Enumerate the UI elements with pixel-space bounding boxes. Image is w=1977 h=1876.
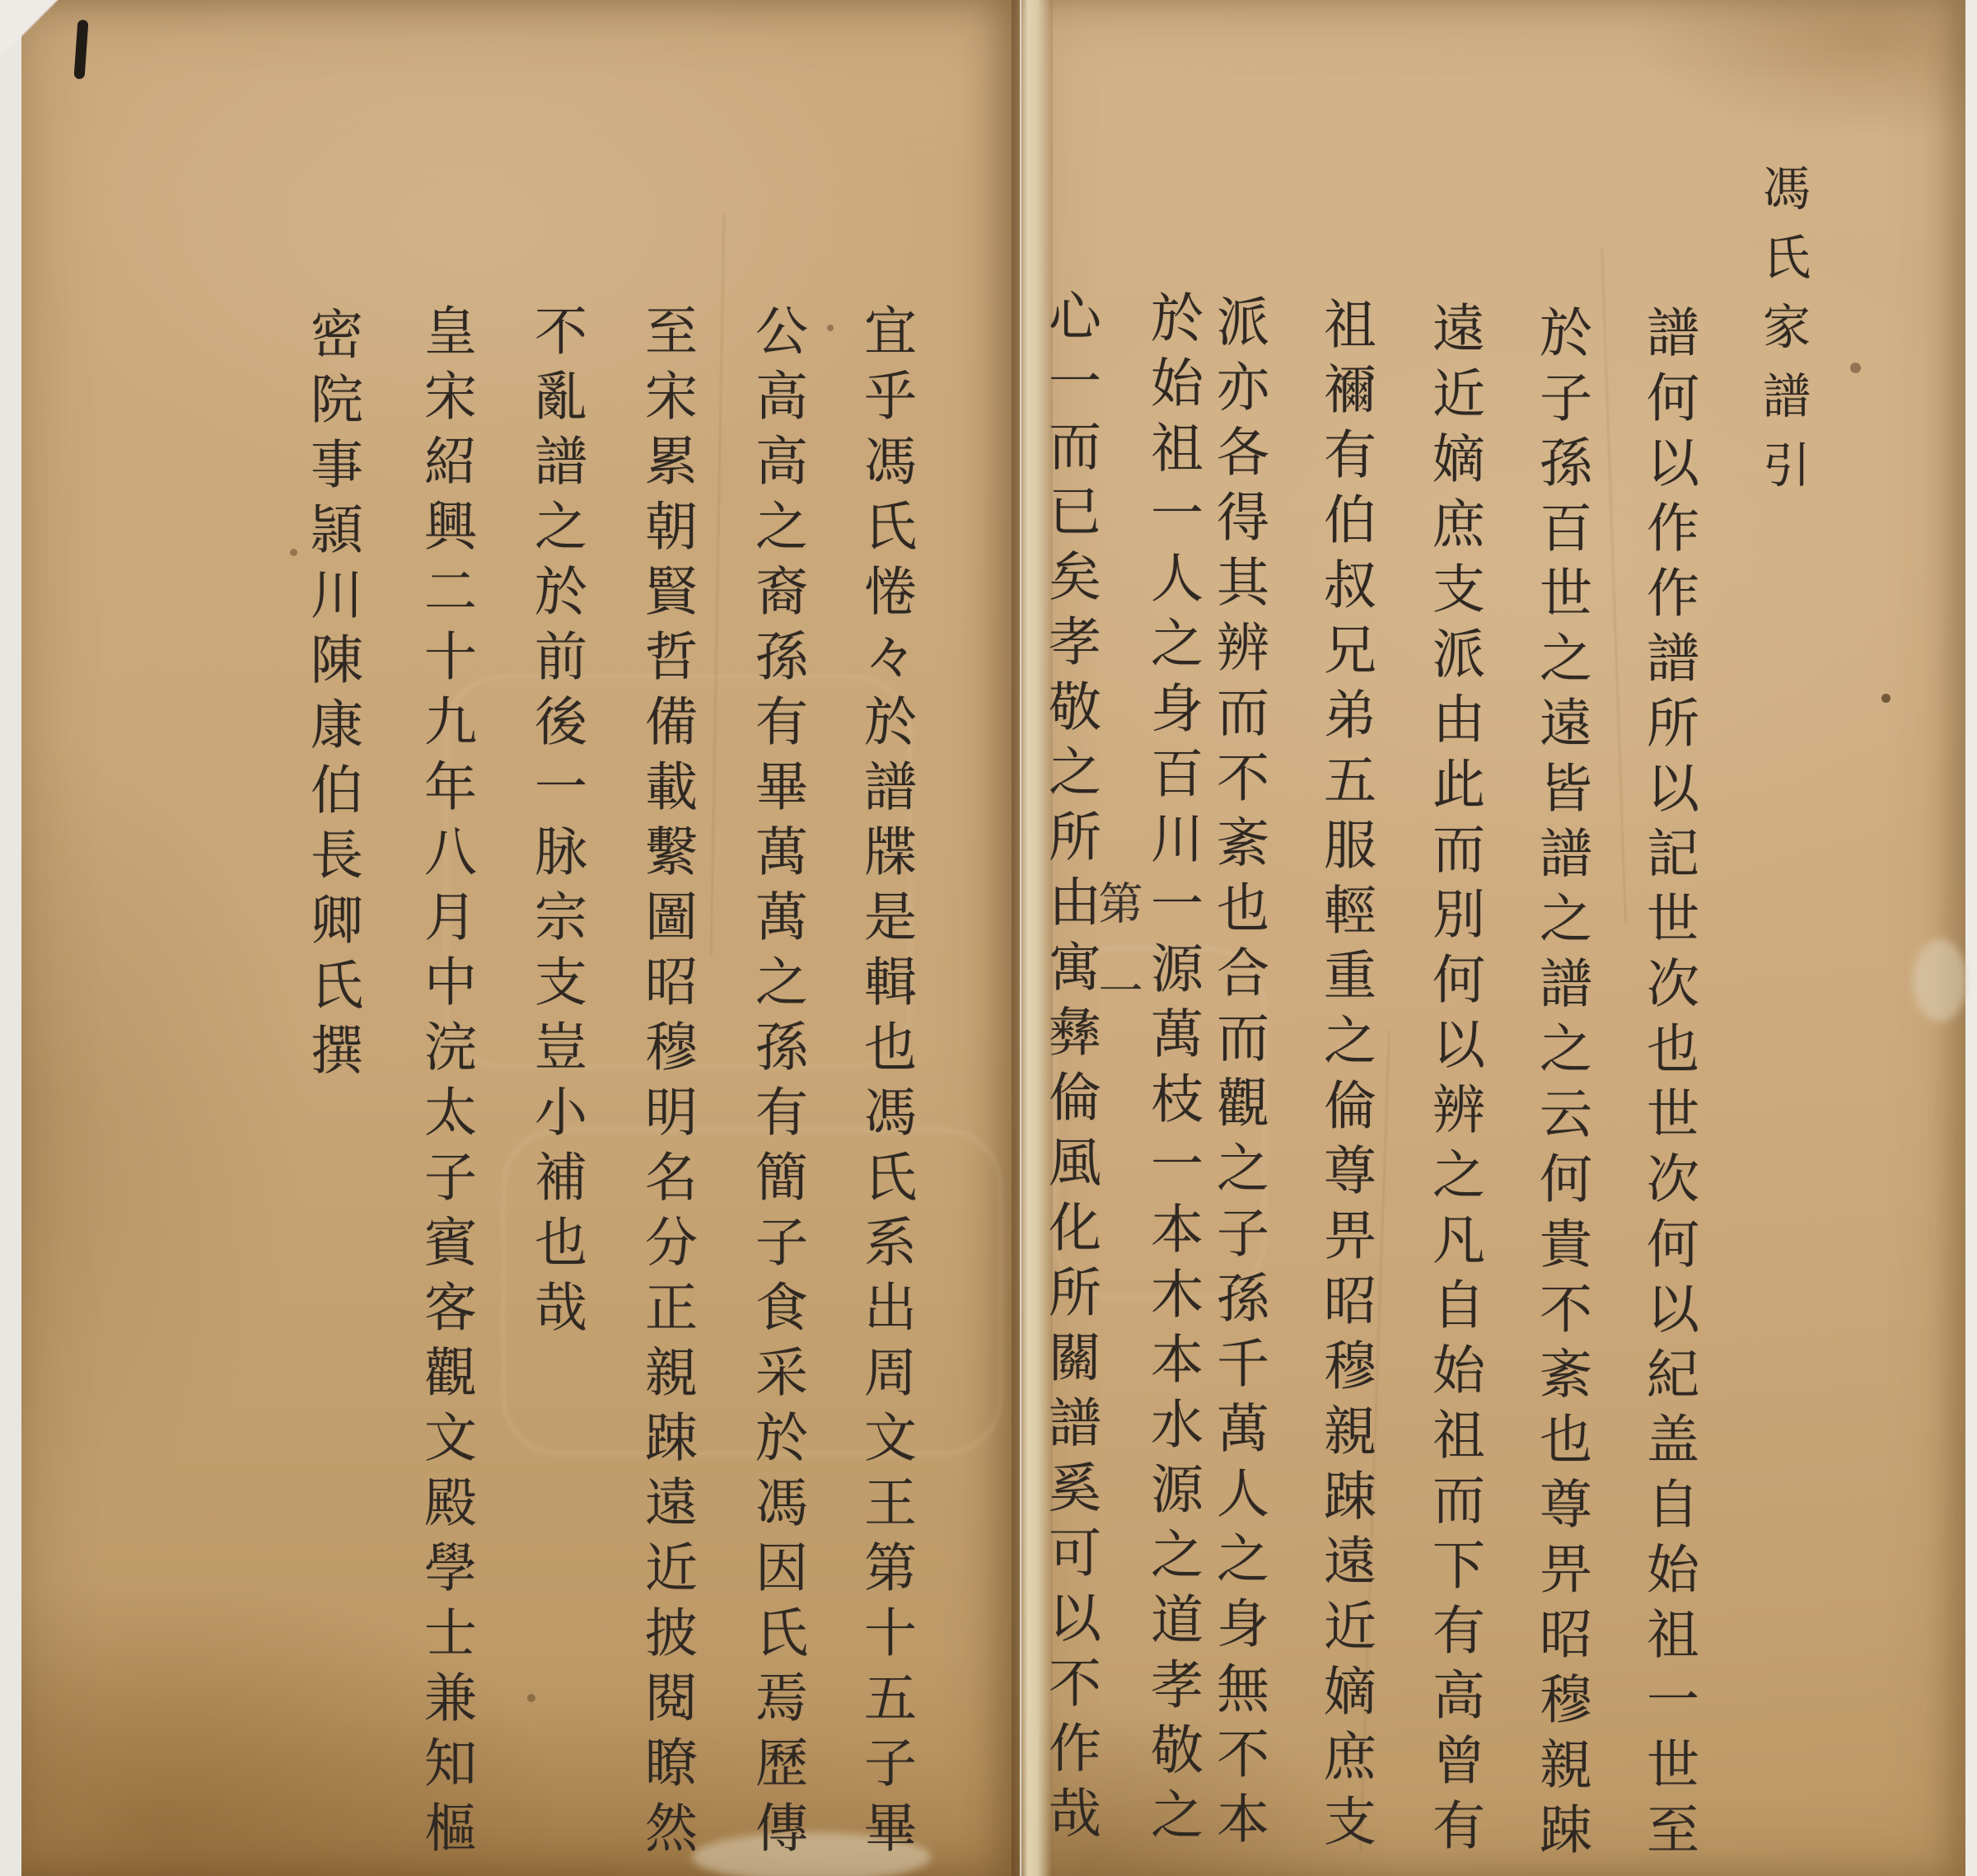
document-title-column: 馮氏家譜引 <box>1753 163 1812 509</box>
text-column: 遠近嫡庶支派由此而別何以辨之凡自始祖而下有高曾有 <box>1424 301 1484 1863</box>
torn-edge-patch <box>1913 939 1967 1022</box>
scanner-edge <box>1965 0 1977 1876</box>
manuscript-scan: 馮氏家譜引 譜何以作作譜所以記世次也世次何以紀盖自始祖一世至 於子孫百世之遠皆譜… <box>0 0 1977 1876</box>
ink-speck <box>827 325 834 331</box>
text-column: 祖禰有伯叔兄弟五服輕重之倫尊畀昭穆親踈遠近嫡庶支 <box>1316 297 1375 1859</box>
text-column: 宜乎馮氏惓々於譜牒是輯也馮氏系出周文王第十五子畢 <box>856 303 915 1865</box>
text-column: 心一而已矣孝敬之所由寓彝倫風化所關譜奚可以不作哉 <box>1040 288 1100 1850</box>
text-column: 派亦各得其辨而不紊也合而觀之子孫千萬人之身無不本 <box>1208 294 1268 1856</box>
text-column: 公高高之裔孫有畢萬萬之孫有簡子食采於馮因氏焉歷傳 <box>747 303 806 1865</box>
text-column: 譜何以作作譜所以記世次也世次何以紀盖自始祖一世至 <box>1638 305 1698 1867</box>
text-column: 於子孫百世之遠皆譜之譜之云何貴不紊也尊畀昭穆親踈 <box>1531 305 1591 1867</box>
text-column: 至宋累朝賢哲備載繫圖昭穆明名分正親踈遠近披閱瞭然 <box>637 303 696 1865</box>
text-column: 於始祖一人之身百川一源萬枝一本木本水源之道孝敬之 <box>1143 290 1202 1852</box>
ink-speck <box>1881 694 1891 703</box>
text-column: 密院事頴川陳康伯長卿氏撰 <box>302 306 362 1088</box>
ink-speck <box>290 549 297 556</box>
ink-speck <box>1850 363 1861 373</box>
leaf-number-marker: 第一 <box>1087 880 1147 1055</box>
text-column: 不亂譜之於前後一脉宗支豈小補也哉 <box>526 303 586 1345</box>
ink-speck <box>527 1694 535 1702</box>
text-column: 皇宋紹興二十九年八月中浣太子賓客觀文殿學士兼知樞 <box>416 303 475 1865</box>
